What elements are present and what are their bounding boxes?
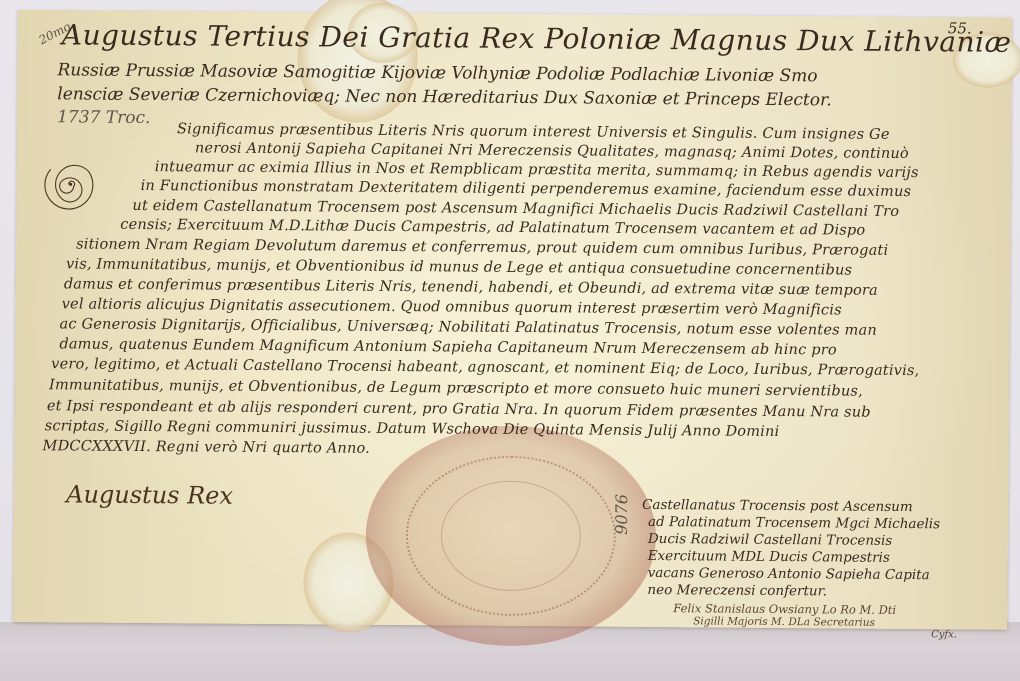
secretary-line: Cyfx. xyxy=(931,629,957,640)
secretary-subscription: Felix Stanislaus Owsiany Lo Ro M. Dti Si… xyxy=(18,10,1012,18)
notation-line: vacans Generoso Antonio Sapieha Capita xyxy=(648,565,930,583)
notation-line: Exercituum MDL Ducis Campestris xyxy=(648,548,890,566)
body-line: vis, Immunitatibus, munijs, et Obvention… xyxy=(66,256,852,278)
chancery-notation: Castellanatus Trocensis post Ascensum ad… xyxy=(18,10,1012,18)
body-line: MDCCXXXVII. Regni verò Nri quarto Anno. xyxy=(43,438,371,457)
parchment-document: 20mo 55. 1737 Troc. Augustus Tertius Dei… xyxy=(13,10,1012,630)
secretary-line: Sigilli Majoris M. DLa Secretarius xyxy=(693,615,875,628)
body-line: censis; Exercituum M.D.Lithæ Ducis Campe… xyxy=(120,217,865,239)
charter-body: Significamus præsentibus Literis Nris qu… xyxy=(18,10,1012,18)
body-line: ut eidem Castellanatum Trocensem post As… xyxy=(132,198,899,220)
body-line: in Functionibus monstratam Dexteritatem … xyxy=(141,178,912,200)
body-line: vero, legitimo, et Actuali Castellano Tr… xyxy=(51,356,919,379)
body-line: damus et conferimus præsentibus Literis … xyxy=(64,276,878,298)
body-line: Significamus præsentibus Literis Nris qu… xyxy=(177,121,890,143)
margin-year: 1737 Troc. xyxy=(57,107,150,128)
notation-line: neo Mereczensi confertur. xyxy=(647,582,827,599)
body-line: nerosi Antonij Sapieha Capitanei Nri Mer… xyxy=(195,140,909,162)
heading-line-1: Augustus Tertius Dei Gratia Rex Poloniæ … xyxy=(62,18,1012,58)
body-line: damus, quatenus Eundem Magnificum Antoni… xyxy=(59,336,837,358)
body-line: ac Generosis Dignitarijs, Officialibus, … xyxy=(59,316,877,338)
margin-number: 9076 xyxy=(612,494,631,535)
heading-line-2: Russiæ Prussiæ Masoviæ Samogitiæ Kijoviæ… xyxy=(57,60,817,86)
body-line: et Ipsi respondeant et ab alijs responde… xyxy=(47,398,871,420)
seal-ring-inner xyxy=(440,480,581,591)
notation-line: Castellanatus Trocensis post Ascensum xyxy=(642,497,913,515)
notation-line: ad Palatinatum Trocensem Mgci Michaelis xyxy=(648,514,940,532)
body-line: vel altioris alicujus Dignitatis assecut… xyxy=(62,296,842,318)
heading-line-3: lensciæ Severiæ Czernichoviæq; Nec non H… xyxy=(57,84,831,110)
spiral-flourish-icon xyxy=(30,142,111,227)
body-line: intueamur ac eximia Illius in Nos et Rem… xyxy=(155,159,919,181)
body-line: sitionem Nram Regiam Devolutum daremus e… xyxy=(76,236,888,258)
notation-line: Ducis Radziwil Castellani Trocensis xyxy=(648,531,893,549)
body-line: Immunitatibus, munijs, et Obventionibus,… xyxy=(49,377,863,399)
royal-signature: Augustus Rex xyxy=(66,480,233,509)
royal-seal xyxy=(365,425,657,647)
body-line: scriptas, Sigillo Regni communiri jussim… xyxy=(45,418,780,440)
